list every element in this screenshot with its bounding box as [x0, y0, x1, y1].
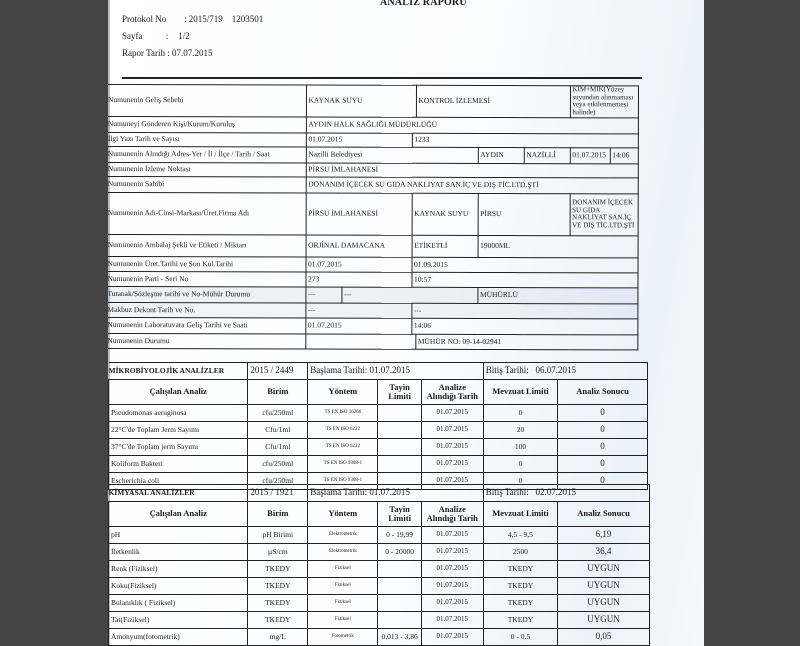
result: 0 [558, 456, 648, 473]
legal-limit: 0 - 0,5 [483, 629, 557, 646]
analysis-date: 01.07.2015 [421, 405, 483, 422]
report-title: ANALİZ RAPORU [380, 0, 467, 8]
protocol-no: Protokol No: 2015/719 1203501 [122, 14, 263, 24]
method: Fotometrik [308, 629, 378, 646]
micro-row: Koliform Baktericfu/250mlTS EN ISO 9308-… [109, 456, 648, 473]
analysis-date: 01.07.2015 [421, 456, 483, 473]
method: TS EN ISO 6222 [308, 439, 378, 456]
info-row-uretim: Numunenin Üret.Tarihi ve Son Kul.Tarihi … [108, 256, 638, 272]
analysis-date: 01.07.2015 [421, 629, 483, 646]
legal-limit: 20 [483, 422, 557, 439]
detection-limit [378, 612, 421, 629]
detection-limit: 0 - 20000 [378, 544, 421, 561]
chem-row: Tat(Fiziksel)TKEDYFiziksel01.07.2015TKED… [109, 612, 650, 629]
analysis-name: Renk (Fiziksel) [109, 561, 248, 578]
chemistry-table: KİMYASAL ANALİZLER 2015 / 1921 Başlama T… [108, 484, 650, 646]
micro-row: 22°C'de Toplam Jerm SayımıCfu/1mlTS EN I… [109, 422, 648, 439]
method: Fiziksel [308, 595, 378, 612]
unit: Cfu/1ml [248, 439, 308, 456]
chem-col-headers: Çalışılan Analiz Birim Yöntem Tayin Limi… [109, 502, 650, 527]
analysis-date: 01.07.2015 [421, 544, 483, 561]
analysis-date: 01.07.2015 [421, 578, 483, 595]
info-row-ilgi: İlgi Yazı Tarih ve Sayısı 01.07.2015 123… [108, 132, 638, 147]
page-number: Sayfa: 1/2 [122, 31, 190, 41]
analysis-name: Amonyum(fotometrik) [109, 629, 248, 646]
chem-row: Amonyum(fotometrik)mg/LFotometrik0,013 -… [109, 629, 650, 646]
chem-section-header: KİMYASAL ANALİZLER 2015 / 1921 Başlama T… [109, 485, 650, 502]
legal-limit: TKEDY [483, 595, 557, 612]
result: UYGUN [558, 612, 650, 629]
method: TS EN ISO 16266 [308, 405, 378, 422]
detection-limit [378, 561, 421, 578]
unit: cfu/250ml [248, 456, 308, 473]
unit: TKEDY [248, 578, 308, 595]
unit: TKEDY [248, 612, 308, 629]
analysis-name: Bulanıklık ( Fiziksel) [109, 595, 248, 612]
result: UYGUN [558, 595, 650, 612]
unit: mg/L [248, 629, 308, 646]
unit: Cfu/1ml [248, 422, 308, 439]
detection-limit [378, 578, 421, 595]
report-date: Rapor Tarih : 07.07.2015 [122, 48, 212, 58]
legal-limit: 0 [483, 456, 557, 473]
legal-limit: 0 [483, 405, 557, 422]
info-row-adres: Numunenin Alındığı Adres-Yer / İl / İlçe… [108, 146, 638, 163]
analysis-name: Koliform Bakteri [109, 456, 248, 473]
info-row-ambalaj: Numunenin Ambalaj Şekli ve Etiketi / Mik… [108, 234, 638, 257]
info-row-izleme: Numunenin İzleme Noktası PİRSU İMLAHANES… [108, 162, 638, 177]
legal-limit: TKEDY [483, 561, 557, 578]
detection-limit [378, 595, 421, 612]
info-row-gelis: Numunenin Geliş Sebebi KAYNAK SUYU KONTR… [108, 85, 638, 118]
info-row-tutanak: Tutanak/Sözleşme tarihi ve No-Mühür Duru… [108, 286, 637, 303]
chem-row: pHpH BirimiElektrometrik0 - 19,9901.07.2… [109, 527, 650, 544]
legal-limit: TKEDY [483, 578, 557, 595]
analysis-name: pH [109, 527, 248, 544]
info-row-durumu: Numunenin Durumu MÜHÜR NO: 09-14-02941 [108, 333, 637, 349]
legal-limit: 100 [483, 439, 557, 456]
detection-limit: 0,013 - 3,86 [378, 629, 421, 646]
analysis-date: 01.07.2015 [421, 527, 483, 544]
info-row-adi: Numunenin Adı-Cinsi-Markası/Üret.Firma A… [108, 192, 638, 235]
detection-limit [378, 439, 421, 456]
unit: TKEDY [248, 595, 308, 612]
analysis-date: 01.07.2015 [421, 595, 483, 612]
analysis-date: 01.07.2015 [421, 439, 483, 456]
result: 0 [558, 439, 648, 456]
method: Elektrometrik [308, 544, 378, 561]
analysis-name: 22°C'de Toplam Jerm Sayımı [109, 422, 248, 439]
analysis-date: 01.07.2015 [421, 422, 483, 439]
info-row-sahibi: Numunenin Sahibi DONANIM İÇECEK SU GIDA … [108, 176, 638, 193]
chem-row: Bulanıklık ( Fiziksel)TKEDYFiziksel01.07… [109, 595, 650, 612]
unit: TKEDY [248, 561, 308, 578]
analysis-date: 01.07.2015 [421, 561, 483, 578]
microbiology-table: MİKROBİYOLOJİK ANALİZLER 2015 / 2449 Baş… [108, 362, 648, 490]
method: Elektrometrik [308, 527, 378, 544]
micro-row: Pseudomonas aeruginosacfu/250mlTS EN ISO… [109, 405, 648, 422]
scanned-report-page: ANALİZ RAPORU Protokol No: 2015/719 1203… [108, 0, 704, 646]
legal-limit: 2500 [483, 544, 557, 561]
micro-row: 37°C'de Toplam jerm SayımıCfu/1mlTS EN I… [109, 439, 648, 456]
micro-section-header: MİKROBİYOLOJİK ANALİZLER 2015 / 2449 Baş… [109, 363, 648, 380]
result: 0 [558, 422, 648, 439]
info-row-makbuz: Makbuz Dekont Tarih ve No. --- --- [108, 302, 637, 318]
unit: cfu/250ml [248, 405, 308, 422]
detection-limit: 0 - 19,99 [378, 527, 421, 544]
sample-info-table: Numunenin Geliş Sebebi KAYNAK SUYU KONTR… [108, 84, 638, 350]
legal-limit: TKEDY [483, 612, 557, 629]
method: Fiziksel [308, 612, 378, 629]
result: UYGUN [558, 578, 650, 595]
result: 6,19 [558, 527, 650, 544]
analysis-name: İletkenlik [109, 544, 248, 561]
unit: µS/cm [248, 544, 308, 561]
method: Fiziksel [308, 578, 378, 595]
analysis-name: Pseudomonas aeruginosa [109, 405, 248, 422]
analysis-name: Tat(Fiziksel) [109, 612, 248, 629]
result: 0,05 [558, 629, 650, 646]
unit: pH Birimi [248, 527, 308, 544]
info-row-lab: Numunenin Laboratuvara Geliş Tarihi ve S… [108, 317, 637, 334]
result: UYGUN [558, 561, 650, 578]
detection-limit [378, 422, 421, 439]
detection-limit [378, 405, 421, 422]
info-row-gonderen: Numuneyi Gönderen Kişi/Kurum/Kuruluş AYD… [108, 116, 638, 133]
method: Fiziksel [308, 561, 378, 578]
analysis-name: 37°C'de Toplam jerm Sayımı [109, 439, 248, 456]
chem-row: İletkenlikµS/cmElektrometrik0 - 2000001.… [109, 544, 650, 561]
analysis-name: Koku(Fiziksel) [109, 578, 248, 595]
analysis-date: 01.07.2015 [421, 612, 483, 629]
method: TS EN ISO 6222 [308, 422, 378, 439]
legal-limit: 4,5 - 9,5 [483, 527, 557, 544]
result: 36,4 [558, 544, 650, 561]
detection-limit [378, 456, 421, 473]
chem-row: Koku(Fiziksel)TKEDYFiziksel01.07.2015TKE… [109, 578, 650, 595]
divider [122, 77, 642, 79]
result: 0 [558, 405, 648, 422]
method: TS EN ISO 9308-1 [308, 456, 378, 473]
info-row-parti: Numunenin Parti - Seri No 273 10:57 [108, 271, 638, 287]
micro-col-headers: Çalışılan Analiz Birim Yöntem Tayin Limi… [109, 380, 648, 405]
chem-row: Renk (Fiziksel)TKEDYFiziksel01.07.2015TK… [109, 561, 650, 578]
